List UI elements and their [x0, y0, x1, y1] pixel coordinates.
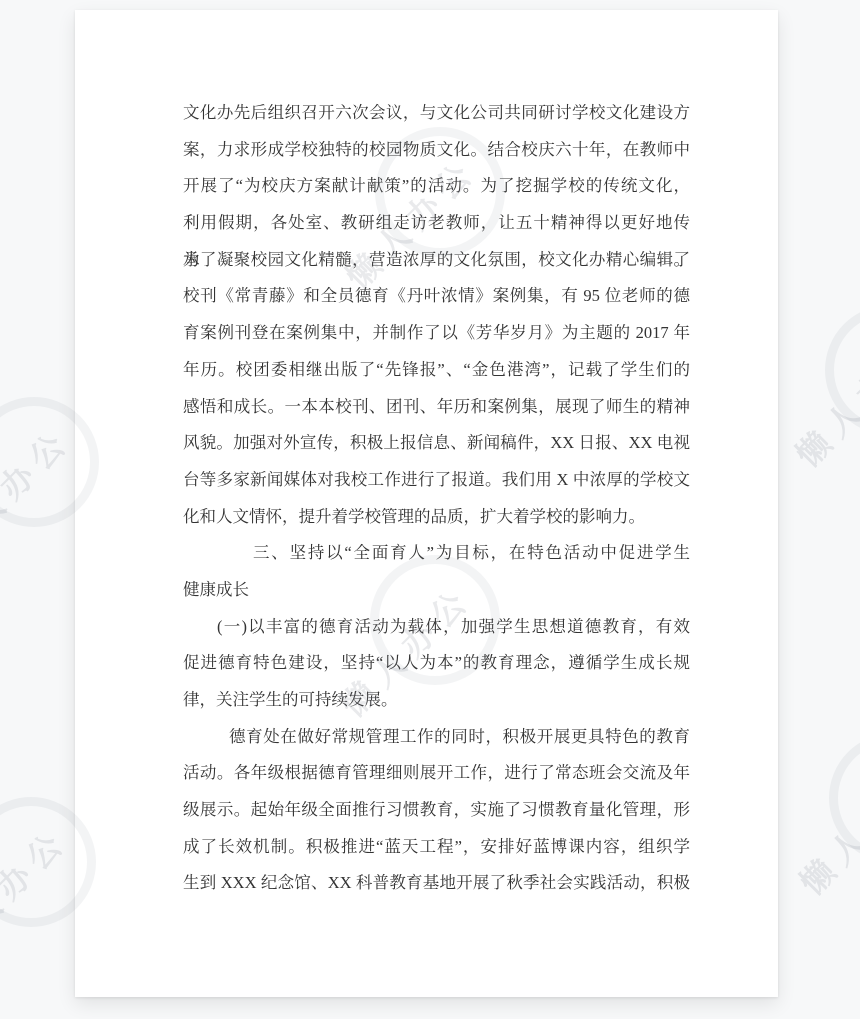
text-line: 活动。各年级根据德育管理细则展开工作，进行了常态班会交流及年: [183, 755, 690, 792]
text-line: 为了凝聚校园文化精髓，营造浓厚的文化氛围，校文化办精心编辑了: [183, 242, 690, 279]
watermark-ring-icon: [829, 733, 860, 863]
text-line: 生到 XXX 纪念馆、XX 科普教育基地开展了秋季社会实践活动，积极: [183, 865, 690, 902]
viewer-background: 文化办先后组织召开六次会议，与文化公司共同研讨学校文化建设方案，力求形成学校独特…: [0, 0, 860, 1019]
watermark-text: 懒人办公: [788, 752, 860, 904]
text-line: 律，关注学生的可持续发展。: [183, 682, 690, 719]
text-line: 三、坚持以“全面育人”为目标，在特色活动中促进学生: [183, 535, 690, 572]
text-line: (一)以丰富的德育活动为载体，加强学生思想道德教育，有效: [183, 609, 690, 646]
text-line: 文化办先后组织召开六次会议，与文化公司共同研讨学校文化建设方: [183, 95, 690, 132]
text-line: 台等多家新闻媒体对我校工作进行了报道。我们用 X 中浓厚的学校文: [183, 462, 690, 499]
text-line: 化和人文情怀，提升着学校管理的品质，扩大着学校的影响力。: [183, 499, 690, 536]
text-line: 开展了“为校庆方案献计献策”的活动。为了挖掘学校的传统文化，: [183, 168, 690, 205]
text-line: 德育处在做好常规管理工作的同时，积极开展更具特色的教育: [183, 719, 690, 756]
text-line: 级展示。起始年级全面推行习惯教育，实施了习惯教育量化管理，形: [183, 792, 690, 829]
text-line: 利用假期，各处室、教研组走访老教师，让五十精神得以更好地传承。: [183, 205, 690, 242]
document-body: 文化办先后组织召开六次会议，与文化公司共同研讨学校文化建设方案，力求形成学校独特…: [183, 95, 690, 902]
watermark-text: 懒人办公: [784, 324, 860, 476]
watermark-ring-icon: [825, 305, 860, 435]
text-line: 感悟和成长。一本本校刊、团刊、年历和案例集，展现了师生的精神: [183, 389, 690, 426]
watermark-text: 懒人办公: [0, 416, 80, 568]
text-line: 成了长效机制。积极推进“蓝天工程”，安排好蓝博课内容，组织学: [183, 829, 690, 866]
text-line: 促进德育特色建设，坚持“以人为本”的教育理念，遵循学生成长规: [183, 645, 690, 682]
text-line: 育案例刊登在案例集中，并制作了以《芳华岁月》为主题的 2017 年: [183, 315, 690, 352]
text-line: 校刊《常青藤》和全员德育《丹叶浓情》案例集，有 95 位老师的德: [183, 278, 690, 315]
text-line: 年历。校团委相继出版了“先锋报”、“金色港湾”，记载了学生们的: [183, 352, 690, 389]
document-page: 文化办先后组织召开六次会议，与文化公司共同研讨学校文化建设方案，力求形成学校独特…: [75, 10, 778, 997]
text-line: 健康成长: [183, 572, 690, 609]
text-line: 案，力求形成学校独特的校园物质文化。结合校庆六十年，在教师中: [183, 132, 690, 169]
watermark-text: 懒人办公: [0, 816, 77, 968]
text-line: 风貌。加强对外宣传，积极上报信息、新闻稿件，XX 日报、XX 电视: [183, 425, 690, 462]
